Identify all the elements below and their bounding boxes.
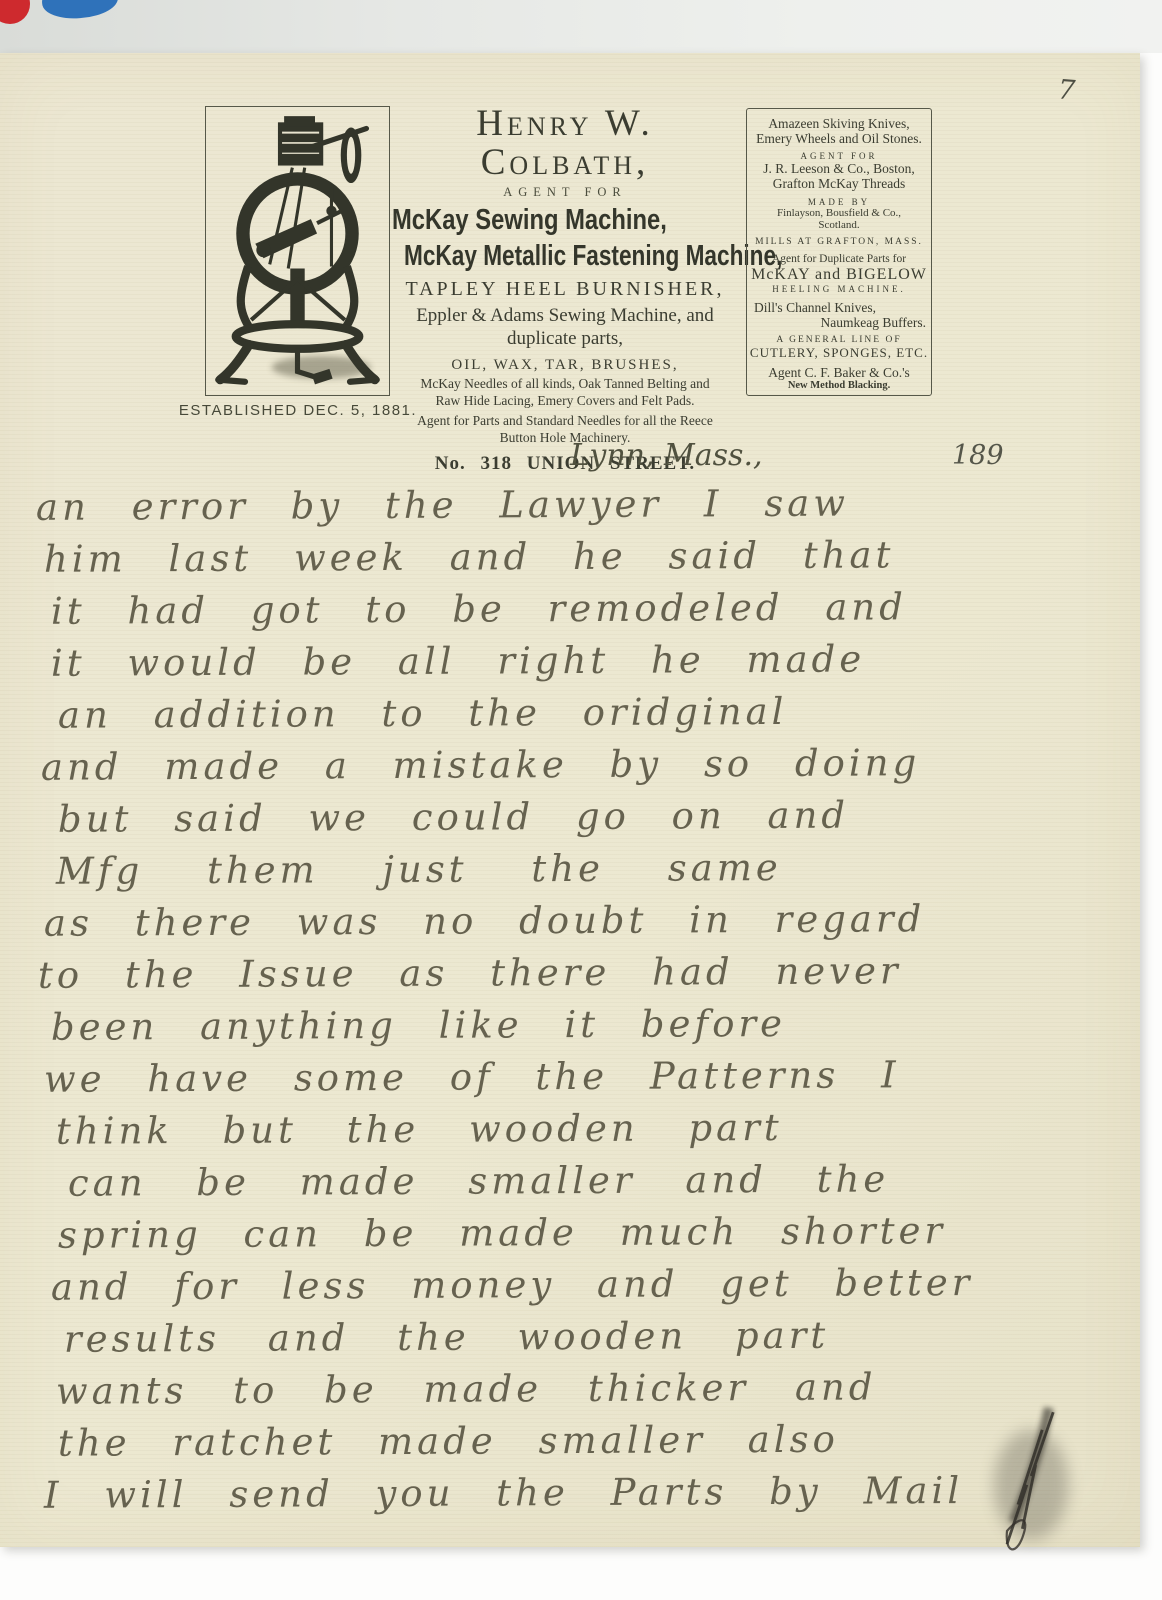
sewing-machine-icon [210, 111, 385, 391]
right-box-line: MILLS AT GRAFTON, MASS. [747, 237, 931, 248]
handwritten-line: Mfg them just the same [56, 844, 1116, 902]
right-box-line: Naumkeag Buffers. [747, 315, 931, 330]
handwritten-line: him last week and he said that [44, 532, 1116, 590]
right-box-line: Emery Wheels and Oil Stones. [747, 131, 931, 146]
detail-line-2: Raw Hide Lacing, Emery Covers and Felt P… [390, 393, 740, 408]
right-box-line: Grafton McKay Threads [747, 176, 931, 191]
handwritten-line: to the Issue as there had never [38, 948, 1116, 1006]
handwritten-line: results and the wooden part [64, 1312, 1116, 1370]
product-line-2: McKay Metallic Fastening Machine, [404, 240, 666, 273]
product-line-1: McKay Sewing Machine, [392, 204, 677, 237]
right-box-line: AGENT FOR [747, 151, 931, 161]
handwritten-line: an addition to the oridginal [58, 688, 1116, 746]
proprietor-name: Henry W. Colbath, [390, 105, 740, 183]
right-box-line: J. R. Leeson & Co., Boston, [747, 161, 931, 176]
right-box-line: Agent for Duplicate Parts for [747, 253, 931, 266]
handwritten-line: I will send you the Parts by Mail [44, 1468, 1116, 1526]
right-box-line: CUTLERY, SPONGES, ETC. [747, 346, 931, 361]
handwritten-line: the ratchet made smaller also [58, 1416, 1116, 1474]
established-date-label: ESTABLISHED DEC. 5, 1881. [178, 402, 418, 419]
dateline-year: 189 [952, 440, 1004, 471]
letter-sheet: 7 [0, 53, 1140, 1547]
handwritten-line: as there was no doubt in regard [44, 896, 1116, 954]
detail-line-3: Agent for Parts and Standard Needles for… [390, 413, 740, 428]
sewing-machine-illustration-frame [205, 106, 390, 396]
right-box-line: Scotland. [747, 219, 931, 231]
logo-blue-mark-icon [41, 0, 120, 21]
product-line-4: Eppler & Adams Sewing Machine, and [390, 305, 740, 327]
letterhead-right-box: Amazeen Skiving Knives, Emery Wheels and… [746, 108, 932, 396]
letterhead-center: Henry W. Colbath, AGENT FOR McKay Sewing… [390, 105, 740, 475]
goods-line: OIL, WAX, TAR, BRUSHES, [390, 357, 740, 374]
handwritten-line: spring can be made much shorter [58, 1208, 1116, 1266]
handwritten-letter-body: an error by the Lawyer I saw him last we… [36, 483, 1116, 1523]
right-box-line: McKAY and BIGELOW [747, 266, 931, 284]
handwritten-line: but said we could go on and [58, 792, 1116, 850]
right-box-line: MADE BY [747, 197, 931, 207]
dateline-place: Lynn, Mass., [570, 438, 763, 473]
handwritten-line: it would be all right he made [51, 636, 1116, 694]
product-line-5: duplicate parts, [390, 328, 740, 350]
scan-background-strip [0, 0, 1162, 53]
handwritten-line: and made a mistake by so doing [41, 740, 1116, 798]
handwritten-line: we have some of the Patterns I [44, 1052, 1116, 1110]
handwritten-line: it had got to be remodeled and [51, 584, 1116, 642]
right-box-line: Finlayson, Bousfield & Co., [747, 207, 931, 219]
detail-line-1: McKay Needles of all kinds, Oak Tanned B… [390, 376, 740, 391]
right-box-line: New Method Blacking. [747, 380, 931, 392]
handwritten-line: can be made smaller and the [68, 1156, 1116, 1213]
handwritten-line: been anything like it before [51, 1000, 1116, 1058]
handwritten-line: think but the wooden part [56, 1104, 1116, 1162]
handwritten-line: and for less money and get better [51, 1260, 1116, 1318]
right-box-line: HEELING MACHINE. [747, 284, 931, 294]
right-box-line: A GENERAL LINE OF [747, 335, 931, 346]
pencil-smudge-icon [972, 1399, 1097, 1564]
page-number: 7 [1057, 74, 1076, 106]
right-box-line: Agent C. F. Baker & Co.'s [747, 365, 931, 380]
right-box-line: Dill's Channel Knives, [747, 300, 931, 315]
handwritten-line: wants to be made thicker and [56, 1364, 1116, 1422]
logo-red-mark-icon [0, 0, 30, 24]
right-box-line: Amazeen Skiving Knives, [747, 116, 931, 131]
handwritten-line: an error by the Lawyer I saw [36, 480, 1116, 538]
agent-for-label: AGENT FOR [390, 185, 740, 200]
product-line-3: TAPLEY HEEL BURNISHER, [390, 278, 740, 301]
dateline: Lynn, Mass., 189 [0, 438, 1140, 478]
